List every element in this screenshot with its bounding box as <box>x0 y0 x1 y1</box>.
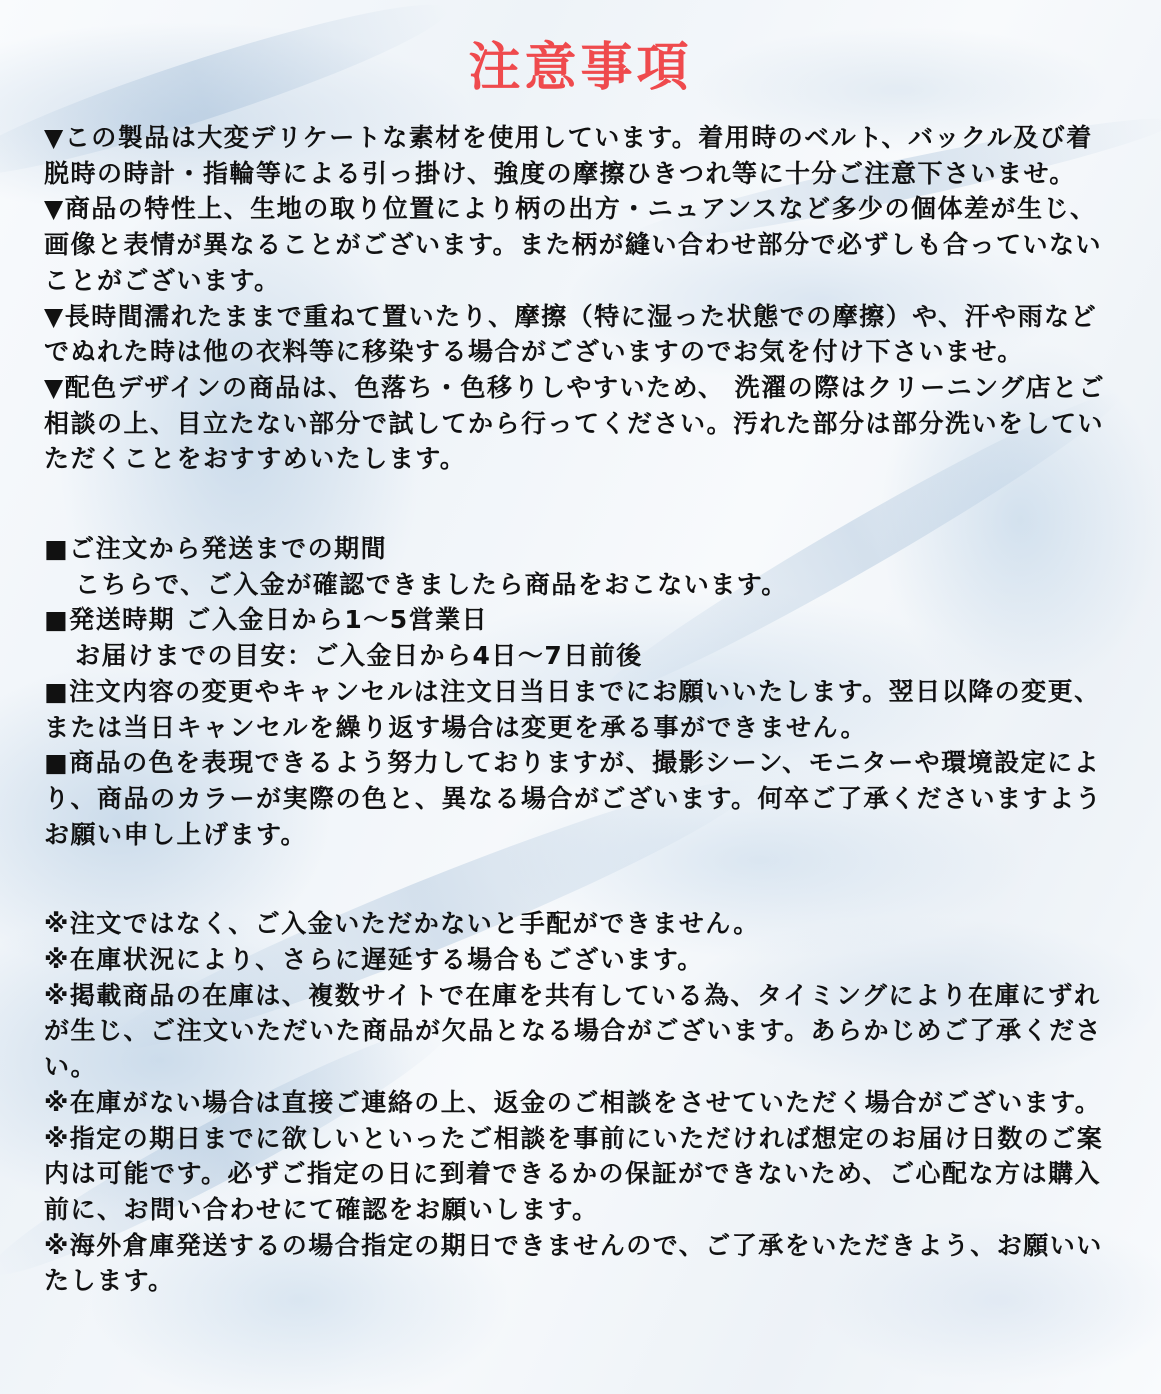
remark-payment-required: ※注文ではなく、ご入金いただかないと手配ができません。 <box>44 906 1117 942</box>
section-spacer <box>44 477 1117 531</box>
section-spacer <box>44 852 1117 906</box>
care-note-color-transfer: ▼長時間濡れたままで重ねて置いたり、摩擦（特に湿った状態での摩擦）や、汗や雨など… <box>44 299 1117 370</box>
remark-stock-delay: ※在庫状況により、さらに遅延する場合もございます。 <box>44 942 1117 978</box>
remark-out-of-stock-refund: ※在庫がない場合は直接ご連絡の上、返金のご相談をさせていただく場合がございます。 <box>44 1085 1117 1121</box>
shipping-timing-heading: ■発送時期 ご入金日から1～5営業日 <box>44 602 1117 638</box>
color-notice: ■商品の色を表現できるよう努力しておりますが、撮影シーン、モニターや環境設定によ… <box>44 745 1117 852</box>
remark-overseas-warehouse: ※海外倉庫発送するの場合指定の期日できませんので、ご了承をいただきよう、お願いい… <box>44 1228 1117 1299</box>
care-notes-section: ▼この製品は大変デリケートな素材を使用しています。着用時のベルト、バックル及び着… <box>44 120 1117 477</box>
notice-document: 注意事項 ▼この製品は大変デリケートな素材を使用しています。着用時のベルト、バッ… <box>0 0 1161 1299</box>
page-title: 注意事項 <box>44 0 1117 116</box>
remarks-section: ※注文ではなく、ご入金いただかないと手配ができません。 ※在庫状況により、さらに… <box>44 906 1117 1299</box>
remark-shared-stock: ※掲載商品の在庫は、複数サイトで在庫を共有している為、タイミングにより在庫にずれ… <box>44 978 1117 1085</box>
shipping-period-heading: ■ご注文から発送までの期間 <box>44 531 1117 567</box>
change-cancel-policy: ■注文内容の変更やキャンセルは注文日当日までにお願いいたします。翌日以降の変更、… <box>44 674 1117 745</box>
care-note-pattern-variation: ▼商品の特性上、生地の取り位置により柄の出方・ニュアンスなど多少の個体差が生じ、… <box>44 191 1117 298</box>
shipping-period-detail: こちらで、ご入金が確認できましたら商品をおこないます。 <box>44 567 1117 603</box>
shipping-timing-detail: お届けまでの目安：ご入金日から4日～7日前後 <box>44 638 1117 674</box>
care-note-delicate-material: ▼この製品は大変デリケートな素材を使用しています。着用時のベルト、バックル及び着… <box>44 120 1117 191</box>
care-note-washing: ▼配色デザインの商品は、色落ち・色移りしやすいため、 洗濯の際はクリーニング店と… <box>44 370 1117 477</box>
remark-delivery-date-consult: ※指定の期日までに欲しいといったご相談を事前にいただければ想定のお届け日数のご案… <box>44 1121 1117 1228</box>
shipping-section: ■ご注文から発送までの期間 こちらで、ご入金が確認できましたら商品をおこないます… <box>44 531 1117 852</box>
